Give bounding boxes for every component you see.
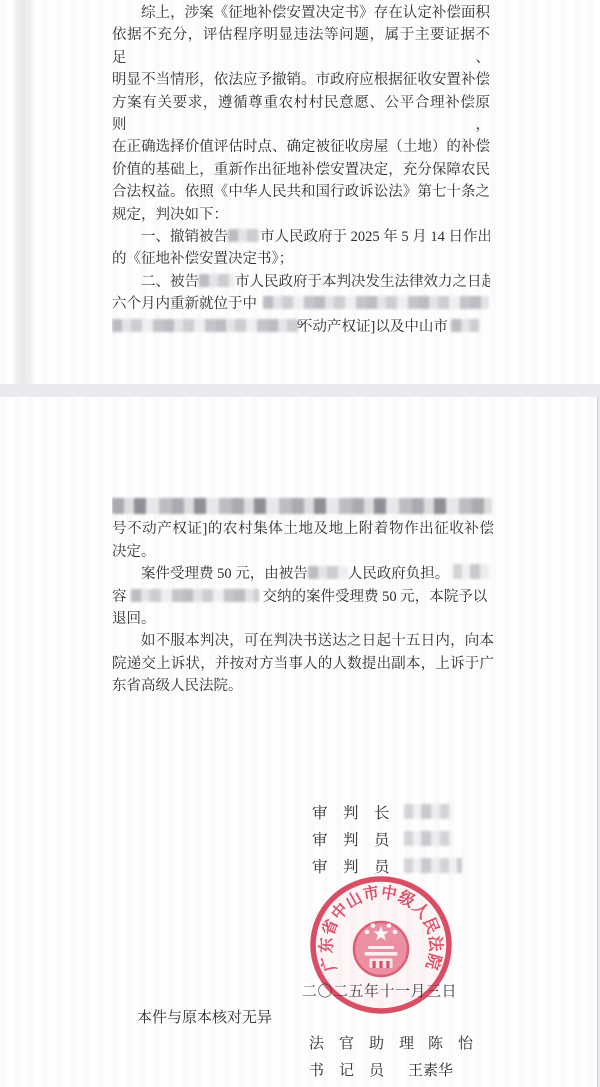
text-line: 二、被告市人民政府于本判决发生法律效力之日起 [112,271,490,293]
judge-title: 审 判 员 [312,859,390,876]
text-fragment: 六个月内重新就位于中 [112,296,257,312]
redaction-blur [131,589,259,602]
text-line: 案件受理费 50 元，由被告人民政府负担。 [112,563,494,585]
text-line: 依据不充分，评估程序明显违法等问题，属于主要证据不足、 [112,24,490,69]
text-line: 综上，涉案《征地补偿安置决定书》存在认定补偿面积 [112,2,490,24]
text-fragment: 二、被告 [141,274,199,290]
text-fragment: 容 [112,589,127,605]
redaction-blur [112,498,492,514]
copy-verification-note: 本件与原本核对无异 [137,1006,272,1027]
text-line: 价值的基础上，重新作出征地补偿安置决定，充分保障农民 [112,159,490,181]
text-fragment: 案件受理费 50 元，由被告 [141,566,308,582]
presiding-judge-title: 审 判 长 [312,805,390,822]
judge-title: 审 判 员 [312,832,390,849]
text-line: 明显不当情形，依法应予撤销。市政府应根据征收安置补偿 [112,69,490,91]
redaction-blur [199,274,235,287]
text-line: 决定。 [112,541,494,563]
scan-fold-shadow [12,0,36,384]
redaction-blur [404,804,452,819]
text-line: 在正确选择价值评估时点、确定被征收房屋（土地）的补偿 [112,136,490,158]
text-line: 退回。 [112,608,494,630]
judge-assistant-row: 法 官 助 理陈 怡 [309,1032,473,1053]
text-fragment: 不动产权证]以及中山市 [298,319,448,335]
text-fragment: 交纳的案件受理费 50 元，本院予以 [263,589,488,605]
text-line: 规定，判决如下： [112,204,490,226]
judgment-page-9: 综上，涉案《征地补偿安置决定书》存在认定补偿面积 依据不充分，评估程序明显违法等… [0,0,600,384]
text-fragment: 市人民政府于 2025 年 5 月 14 日作出 [260,229,490,245]
text-fragment: 一、撤销被告 [141,229,228,245]
redaction-blur [228,229,260,242]
text-fragment: 人民政府负担。 [348,566,450,582]
page-number: 9 [297,317,303,332]
text-line: 合法权益。依照《中华人民共和国行政诉讼法》第七十条之 [112,181,490,203]
text-line: 容交纳的案件受理费 50 元，本院予以 [112,586,494,608]
presiding-judge-row: 审 判 长 [312,801,462,828]
judge-assistant-name: 陈 怡 [428,1036,473,1052]
text-fragment: 市人民政府于本判决发生法律效力之日起 [235,274,490,290]
clerk-name: 王素华 [408,1063,453,1079]
page2-body-text: 号不动产权证]的农村集体土地及地上附着物作出征收补偿 决定。 案件受理费 50 … [112,496,494,698]
national-emblem-icon [354,922,408,976]
text-line: 一、撤销被告市人民政府于 2025 年 5 月 14 日作出 [112,226,490,248]
text-line: 东省高级人民法院。 [112,675,494,697]
text-line: 院递交上诉状，并按对方当事人的人数提出副本，上诉于广 [112,653,494,675]
signature-block: 审 判 长 审 判 员 审 判 员 [312,801,462,882]
redaction-blur [112,319,298,332]
scanned-judgment-document: { "colors": { "seal_red": "#d84059", "pa… [0,0,600,1087]
redaction-blur [404,831,452,846]
text-line: 如不服本判决，可在判决书送达之日起十五日内，向本 [112,630,494,652]
clerk-row: 书 记 员王素华 [309,1059,453,1080]
redaction-blur [453,564,489,579]
judgment-page-10: 号不动产权证]的农村集体土地及地上附着物作出征收补偿 决定。 案件受理费 50 … [0,396,598,1087]
text-line: 六个月内重新就位于中 [112,293,490,315]
judge-row: 审 判 员 [312,828,462,855]
redaction-blur [451,319,479,332]
text-line: 的《征地补偿安置决定书》； [112,248,490,270]
text-line [112,496,494,518]
page1-body-text: 综上，涉案《征地补偿安置决定书》存在认定补偿面积 依据不充分，评估程序明显违法等… [112,2,490,338]
redaction-blur [263,296,489,309]
redaction-blur [404,858,462,873]
judge-assistant-title: 法 官 助 理 [309,1036,414,1052]
clerk-title: 书 记 员 [309,1063,384,1079]
text-line: 方案有关要求，遵循尊重农村村民意愿、公平合理补偿原则， [112,92,490,137]
text-line: 号不动产权证]的农村集体土地及地上附着物作出征收补偿 [112,518,494,540]
redaction-blur [308,566,348,579]
judgment-date: 二〇二五年十一月三日 [302,980,457,1001]
